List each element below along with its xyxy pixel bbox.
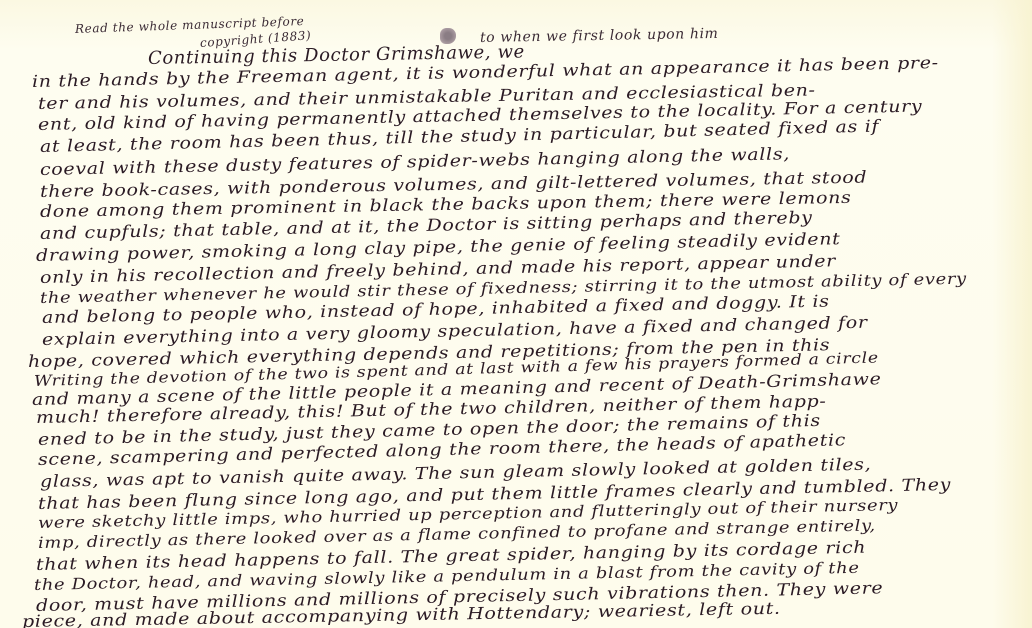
manuscript-page: Read the whole manuscript before copyrig… xyxy=(0,0,1032,628)
ink-blot xyxy=(440,28,456,44)
